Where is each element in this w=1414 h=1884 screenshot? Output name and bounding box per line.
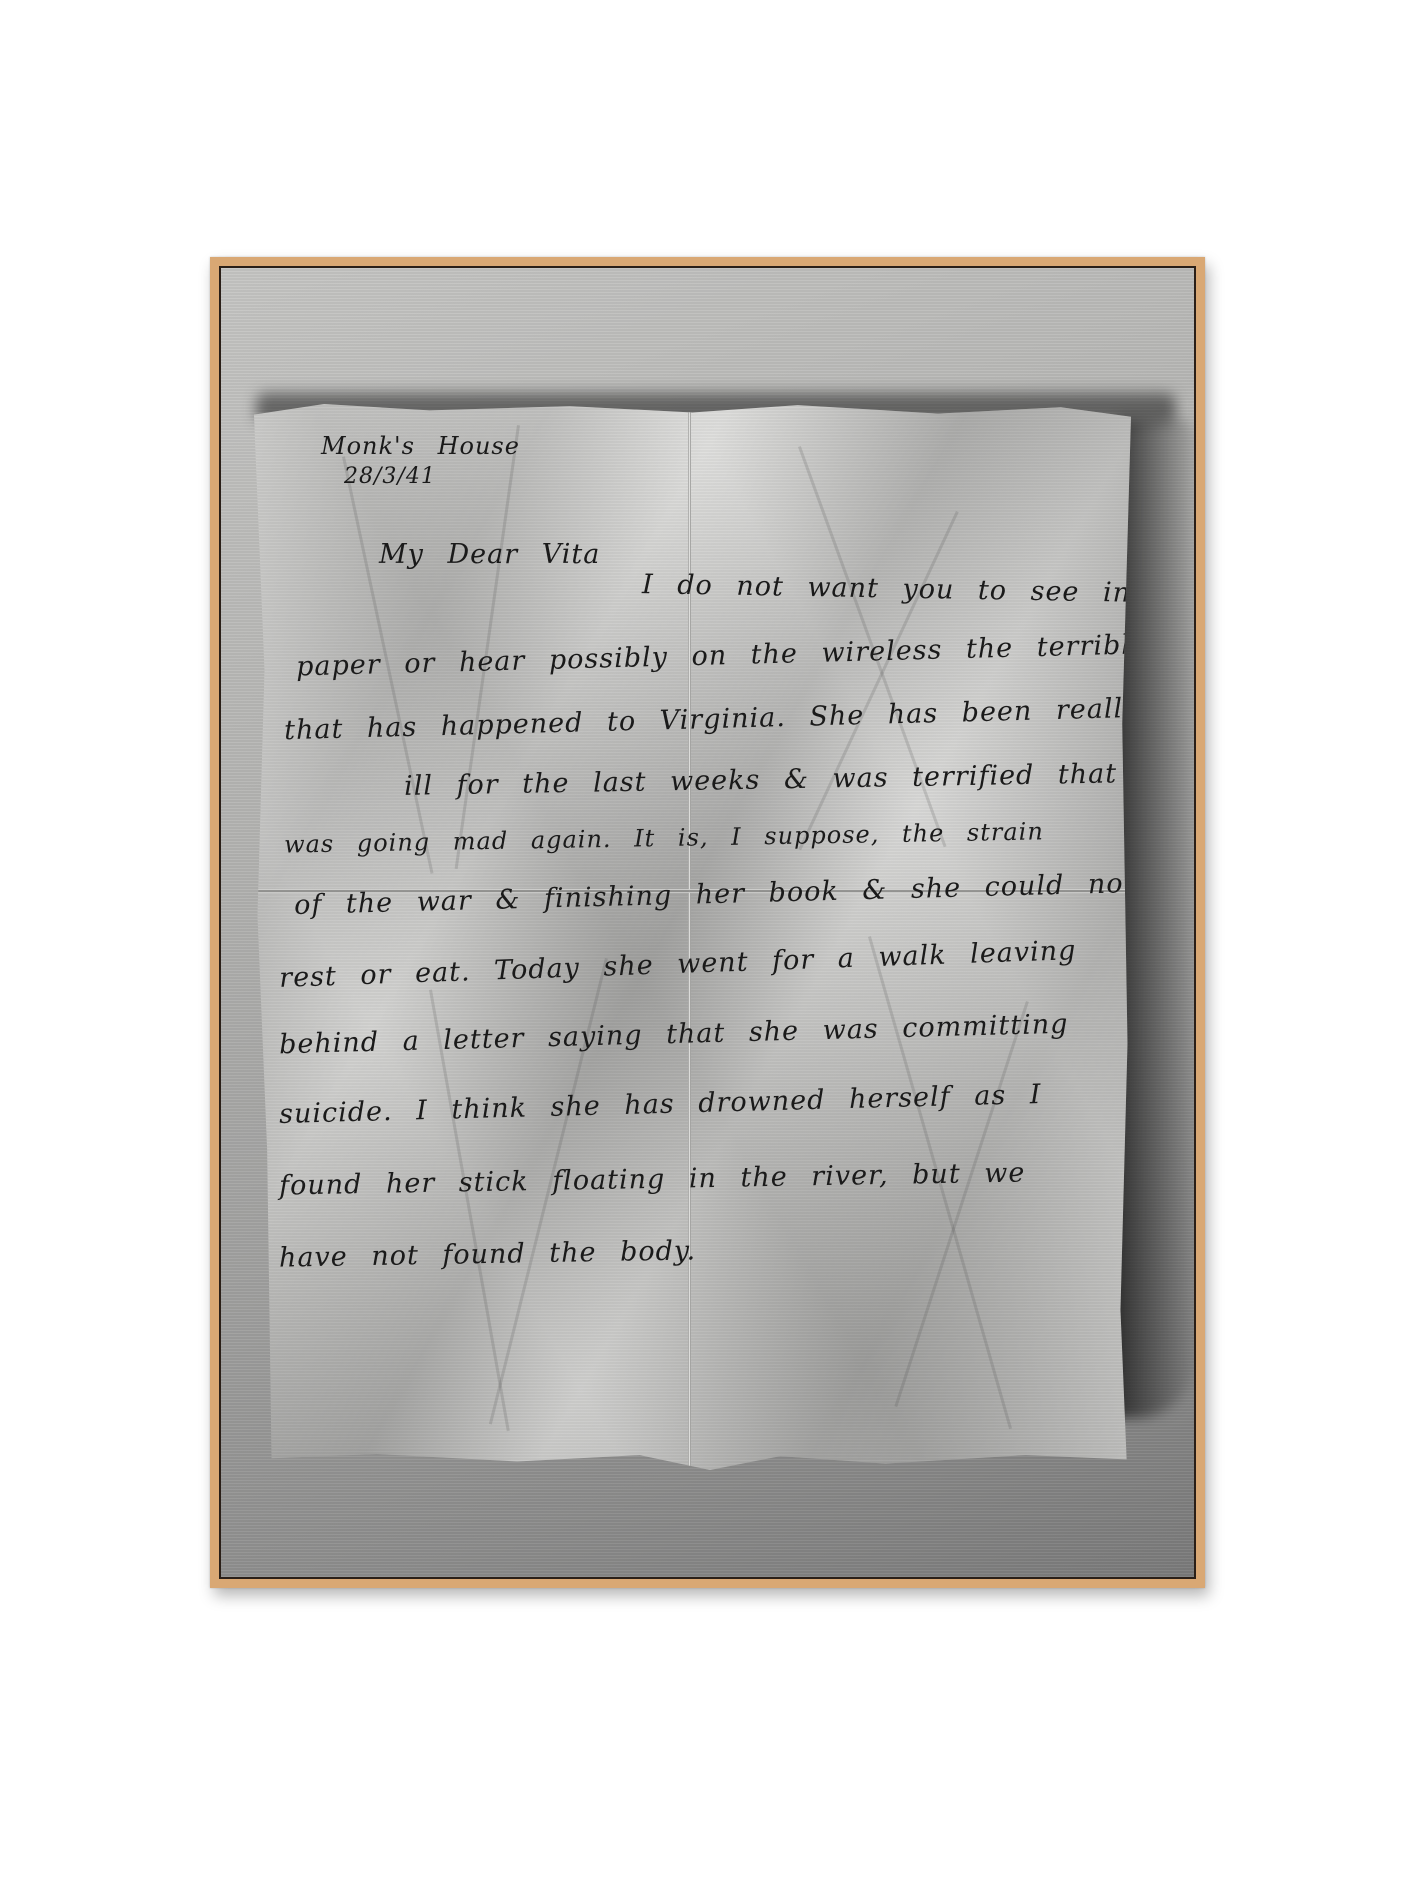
letter-address: Monk's House xyxy=(321,432,520,460)
letter-salutation: My Dear Vita xyxy=(379,539,600,570)
letter-line: of the war & finishing her book & she co… xyxy=(294,868,1136,921)
letter-line: ill for the last weeks & was terrified t… xyxy=(404,757,1191,802)
painted-canvas: Monk's House 28/3/41 My Dear Vita I do n… xyxy=(219,266,1196,1579)
letter-line: found her stick floating in the river, b… xyxy=(279,1157,1026,1201)
letter-line: paper or hear possibly on the wireless t… xyxy=(296,627,1196,683)
letter-line: that has happened to Virginia. She has b… xyxy=(284,693,1140,746)
letter-line: rest or eat. Today she went for a walk l… xyxy=(279,935,1077,994)
letter-line: have not found the body. xyxy=(279,1235,697,1273)
picture-frame: Monk's House 28/3/41 My Dear Vita I do n… xyxy=(210,257,1205,1588)
letter-line: was going mad again. It is, I suppose, t… xyxy=(284,817,1044,858)
handwritten-letter: Monk's House 28/3/41 My Dear Vita I do n… xyxy=(254,404,1131,1470)
letter-line: I do not want you to see in the xyxy=(642,569,1196,610)
letter-line: behind a letter saying that she was comm… xyxy=(279,1009,1069,1061)
letter-line: suicide. I think she has drowned herself… xyxy=(279,1079,1042,1130)
crumpled-letter-paper: Monk's House 28/3/41 My Dear Vita I do n… xyxy=(254,404,1131,1470)
letter-date: 28/3/41 xyxy=(344,464,436,489)
